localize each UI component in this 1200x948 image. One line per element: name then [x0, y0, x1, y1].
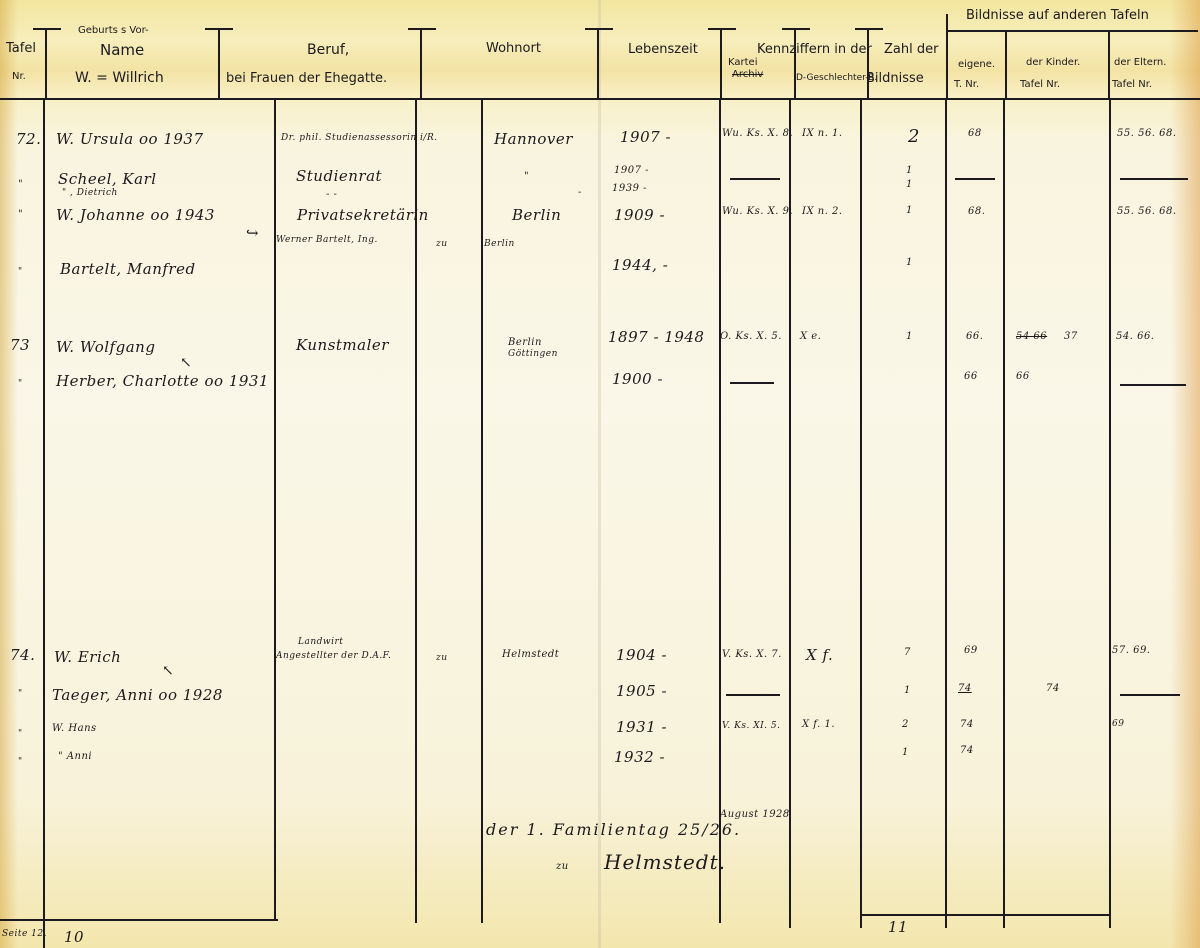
wohnort: - [578, 188, 582, 198]
column-divider [946, 14, 948, 98]
zahl-bildnisse: 7 [904, 648, 911, 658]
lebenszeit: 1944, - [612, 258, 668, 273]
zahl-bildnisse: 1 [906, 206, 913, 216]
header-name: Name [100, 43, 144, 58]
column-divider [1003, 98, 1005, 928]
kinder-tafel: 74 [1046, 684, 1060, 694]
empty-dash [730, 382, 774, 384]
tafel-nr: 73 [10, 338, 30, 353]
column-divider [867, 28, 869, 98]
header-eltern-nr: Tafel Nr. [1112, 80, 1152, 90]
zahl-bildnisse: 1 [906, 258, 913, 268]
lebenszeit: 1931 - [616, 720, 667, 735]
divider-cap [408, 28, 436, 30]
header-bildnisse-group: Bildnisse auf anderen Tafeln [966, 9, 1149, 22]
header-lebenszeit: Lebenszeit [628, 43, 698, 56]
wohnort: " [524, 172, 529, 182]
kartei-code: Wu. Ks. X. 8. [722, 129, 793, 139]
column-divider [597, 28, 599, 98]
column-divider [420, 28, 422, 98]
person-name: W. Wolfgang [56, 340, 155, 355]
empty-dash [955, 178, 995, 180]
tafel-nr: 72. [16, 132, 41, 147]
header-tafel: Tafel [6, 42, 36, 55]
lebenszeit: 1907 - [614, 166, 649, 176]
wohnort: Helmstedt [502, 650, 559, 660]
tafel-nr: 74. [10, 648, 35, 663]
zu-label: zu [436, 240, 448, 249]
column-divider [1108, 30, 1110, 98]
footer-rule-right [862, 914, 1110, 916]
eltern-tafel: 54. 66. [1116, 332, 1155, 342]
divider-cap [708, 28, 736, 30]
wohnort: Berlin [484, 240, 515, 249]
lebenszeit: 1900 - [612, 372, 663, 387]
note-helmstedt: Helmstedt. [604, 852, 726, 872]
beruf: Studienrat [296, 169, 382, 184]
arrow-up-icon: ↖ [180, 356, 192, 370]
eltern-tafel: 69 [1112, 720, 1124, 729]
header-willrich: W. = Willrich [75, 71, 164, 85]
group-header-rule [948, 30, 1198, 32]
empty-dash [730, 178, 780, 180]
geschlechter-code: X e. [800, 332, 821, 342]
zahl-bildnisse: 1 [906, 180, 913, 190]
lebenszeit: 1932 - [614, 750, 665, 765]
beruf: - - [326, 190, 337, 200]
eigene-tafel: 68 [968, 129, 982, 139]
tafel-nr: " [18, 758, 23, 767]
person-name: W. Hans [52, 724, 97, 734]
tafel-nr: " [18, 210, 23, 220]
geschlechter-code: X f. [806, 648, 833, 663]
divider-cap [585, 28, 613, 30]
zu-label: zu [436, 654, 448, 663]
person-name: W. Ursula oo 1937 [56, 132, 204, 147]
header-beruf: Beruf, [307, 43, 349, 57]
column-divider [945, 98, 947, 928]
page-fold [598, 0, 601, 948]
footer-rule-left [0, 919, 278, 921]
header-eigene-nr: T. Nr. [954, 80, 979, 90]
header-nr: Nr. [12, 72, 26, 82]
zahl-bildnisse: 1 [906, 332, 913, 342]
eltern-tafel: 55. 56. 68. [1117, 129, 1177, 139]
empty-dash [1120, 384, 1186, 386]
divider-cap [33, 28, 61, 30]
header-kinder-nr: Tafel Nr. [1020, 80, 1060, 90]
eigene-tafel: 74 [958, 684, 972, 694]
person-name: Taeger, Anni oo 1928 [52, 688, 223, 703]
person-name: W. Erich [54, 650, 121, 665]
column-divider [1005, 30, 1007, 98]
note-familientag: der 1. Familientag 25/26. [486, 822, 741, 838]
empty-dash [1120, 178, 1188, 180]
eigene-tafel: 66 [964, 372, 978, 382]
column-divider [794, 28, 796, 98]
eigene-tafel: 69 [964, 646, 978, 656]
header-kennziffern: Kennziffern in der [757, 43, 872, 56]
geschlechter-code: IX n. 1. [802, 129, 843, 139]
spouse-name: Werner Bartelt, Ing. [276, 236, 378, 245]
beruf: Angestellter der D.A.F. [276, 652, 391, 661]
lebenszeit: 1939 - [612, 184, 647, 194]
divider-cap [855, 28, 883, 30]
beruf: Kunstmaler [296, 338, 389, 353]
zahl-bildnisse: 1 [902, 748, 909, 758]
person-name: Bartelt, Manfred [60, 262, 196, 277]
lebenszeit: 1907 - [620, 130, 671, 145]
empty-dash [1120, 694, 1180, 696]
note-date: August 1928 [720, 810, 790, 820]
genealogy-register-sheet: Tafel Nr. Geburts s Vor- Name W. = Willr… [0, 0, 1200, 948]
arrow-up-icon: ↖ [162, 664, 174, 678]
footer-seite: Seite 12. [2, 930, 47, 939]
zahl-bildnisse: 2 [902, 720, 909, 730]
tafel-nr: " [18, 690, 23, 699]
column-divider [1109, 98, 1111, 928]
tafel-nr: " [18, 380, 23, 389]
divider-cap [782, 28, 810, 30]
column-divider [481, 98, 483, 923]
kinder-tafel: 37 [1064, 332, 1078, 342]
wohnort-2: Göttingen [508, 350, 558, 359]
tafel-nr: " [18, 180, 23, 190]
wohnort: Berlin [508, 338, 542, 348]
wohnort: Hannover [494, 132, 573, 147]
header-rule [0, 98, 1200, 100]
person-name: Herber, Charlotte oo 1931 [56, 374, 269, 389]
eigene-tafel: 74 [960, 746, 974, 756]
header-eltern: der Eltern. [1114, 58, 1166, 68]
column-divider [860, 98, 862, 928]
column-divider [720, 28, 722, 98]
lebenszeit: 1909 - [614, 208, 665, 223]
beruf: Privatsekretärin [297, 208, 429, 223]
page-number-right: 11 [888, 920, 908, 935]
lebenszeit: 1904 - [616, 648, 667, 663]
column-divider [218, 28, 220, 98]
eigene-tafel: 68. [968, 207, 985, 217]
person-name: " Anni [58, 752, 92, 762]
kinder-tafel-struck: 54 66 [1016, 332, 1047, 342]
column-divider [719, 98, 721, 923]
lebenszeit: 1897 - 1948 [608, 330, 704, 345]
header-kinder: der Kinder. [1026, 58, 1080, 68]
eltern-tafel: 55. 56. 68. [1117, 207, 1177, 217]
empty-dash [726, 694, 780, 696]
beruf-top: Landwirt [298, 638, 343, 647]
kartei-code: Wu. Ks. X. 9. [722, 207, 793, 217]
column-divider [45, 28, 47, 98]
kartei-code: V. Ks. X. 7. [722, 650, 782, 660]
header-beruf-sub: bei Frauen der Ehegatte. [226, 72, 387, 85]
arrow-icon: ↪ [246, 226, 259, 241]
header-eigene: eigene. [958, 60, 995, 70]
header-bildnisse: Bildnisse [866, 72, 924, 85]
zahl-bildnisse: 1 [904, 686, 911, 696]
header-geburts: Geburts s Vor- [78, 26, 149, 36]
page-number-left: 10 [64, 930, 84, 945]
header-zahl: Zahl der [884, 43, 938, 56]
tafel-nr: " [18, 730, 23, 739]
beruf: Dr. phil. Studienassessorin i/R. [281, 134, 438, 143]
person-name: " , Dietrich [62, 189, 118, 198]
wohnort: Berlin [512, 208, 561, 223]
zahl-bildnisse: 2 [908, 128, 920, 146]
lebenszeit: 1905 - [616, 684, 667, 699]
geschlechter-code: IX n. 2. [802, 207, 843, 217]
column-divider [43, 98, 45, 948]
eigene-tafel: 66. [966, 332, 983, 342]
geschlechter-code: X f. 1. [802, 720, 835, 730]
zahl-bildnisse: 1 [906, 166, 913, 176]
header-kartei: Kartei [728, 58, 757, 68]
column-divider [789, 98, 791, 928]
header-archiv-struck: Archiv [732, 70, 763, 80]
column-divider [274, 98, 276, 920]
person-name: W. Johanne oo 1943 [56, 208, 215, 223]
kinder-tafel: 66 [1016, 372, 1030, 382]
eigene-tafel: 74 [960, 720, 974, 730]
tafel-nr: " [18, 268, 23, 277]
paper-stain-right [1170, 0, 1200, 948]
note-zu: zu [556, 862, 569, 872]
kartei-code: O. Ks. X. 5. [720, 332, 782, 342]
eltern-tafel: 57. 69. [1112, 646, 1151, 656]
kartei-code: V. Ks. XI. 5. [722, 722, 780, 731]
person-name: Scheel, Karl [58, 172, 157, 187]
header-wohnort: Wohnort [486, 42, 541, 55]
